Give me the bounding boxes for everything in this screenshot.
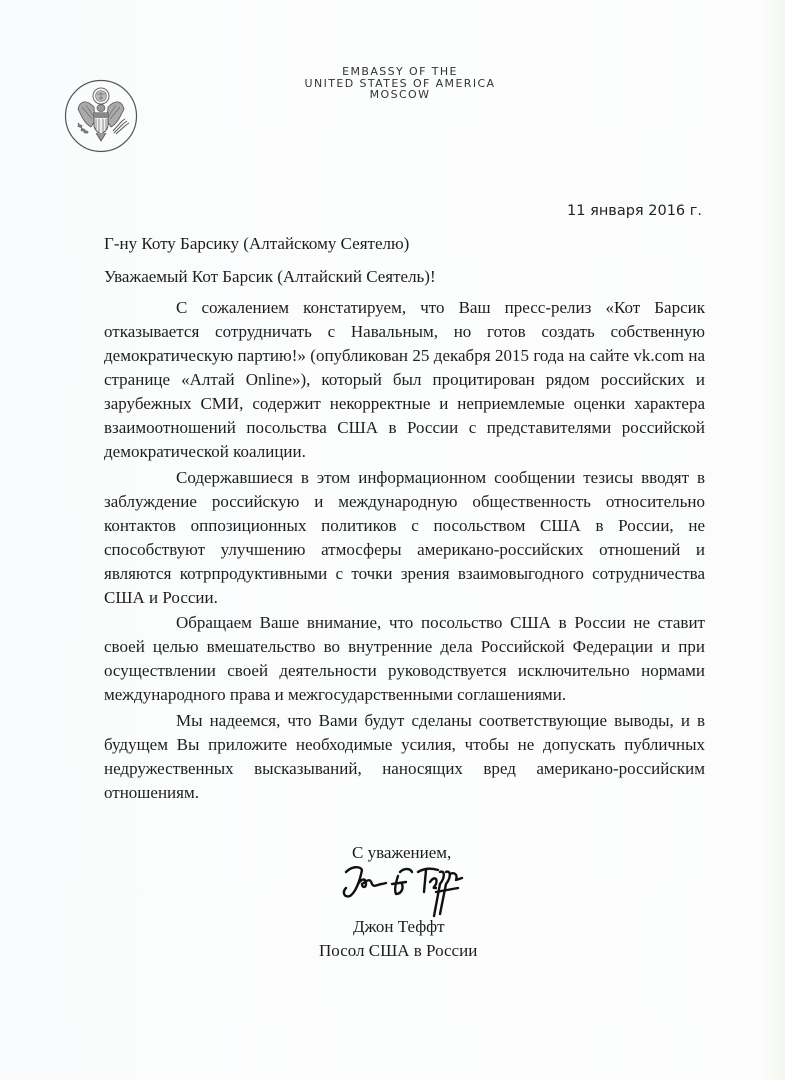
signer-title: Посол США в России xyxy=(319,941,477,961)
letterhead-line: EMBASSY OF THE xyxy=(250,66,550,78)
handwritten-signature-icon xyxy=(340,858,465,923)
great-seal-eagle-icon xyxy=(64,79,138,153)
body-paragraph: Обращаем Ваше внимание, что посольство С… xyxy=(104,611,705,707)
salutation: Уважаемый Кот Барсик (Алтайский Сеятель)… xyxy=(104,267,436,287)
embassy-letterhead: EMBASSY OF THE UNITED STATES OF AMERICA … xyxy=(250,66,550,101)
body-paragraph: С сожалением констатируем, что Ваш пресс… xyxy=(104,296,705,464)
letter-date: 11 января 2016 г. xyxy=(567,203,702,219)
addressee: Г-ну Коту Барсику (Алтайскому Сеятелю) xyxy=(104,234,409,254)
body-paragraph: Мы надеемся, что Вами будут сделаны соот… xyxy=(104,709,705,805)
body-paragraph: Содержавшиеся в этом информационном сооб… xyxy=(104,466,705,610)
letterhead-line: MOSCOW xyxy=(250,89,550,101)
signer-name: Джон Теффт xyxy=(353,917,445,937)
letter-page: EMBASSY OF THE UNITED STATES OF AMERICA … xyxy=(0,0,785,1080)
